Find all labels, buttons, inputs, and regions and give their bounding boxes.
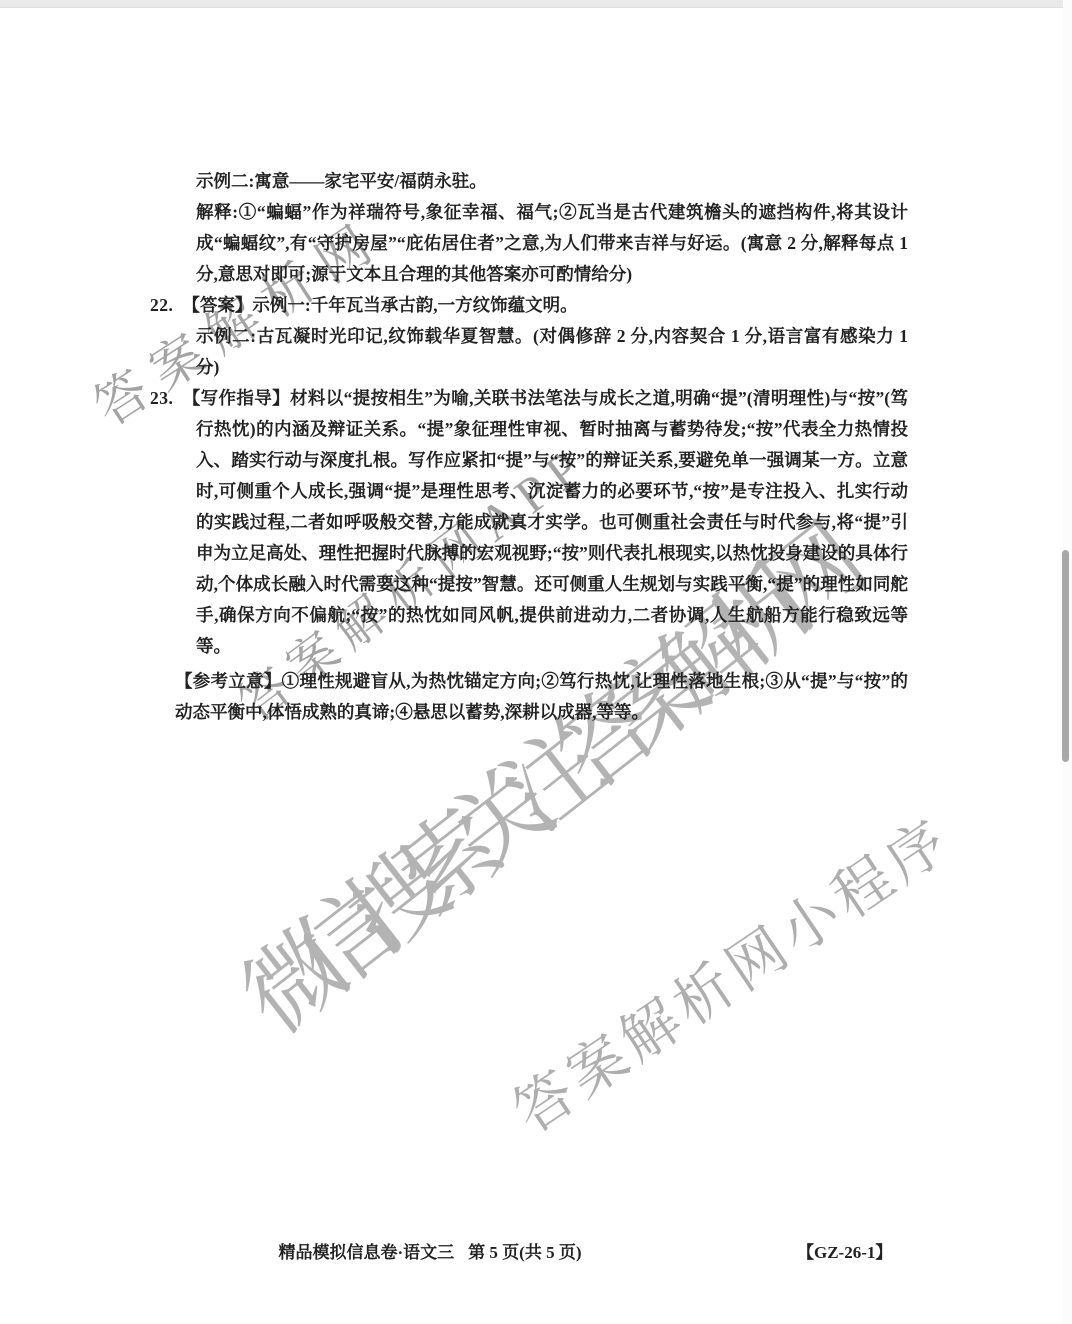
exam-answer-page: 答案解析网 答案解析网APP 微信搜索关注答案解析网 答案解析网小程序 示例二:… bbox=[0, 0, 1072, 1324]
scrollbar-thumb[interactable] bbox=[1062, 550, 1069, 762]
top-bar bbox=[0, 0, 1072, 8]
question-23-guide-text: 【写作指导】材料以“提按相生”为喻,关联书法笔法与成长之道,明确“提”(清明理性… bbox=[182, 388, 908, 656]
reference-ideas-paragraph: 【参考立意】①理性规避盲从,为热忱锚定方向;②笃行热忱,让理性落地生根;③从“提… bbox=[175, 666, 908, 728]
question-23-writing-guide: 23.【写作指导】材料以“提按相生”为喻,关联书法笔法与成长之道,明确“提”(清… bbox=[150, 383, 908, 662]
question-22-answer: 22.【答案】示例一:千年瓦当承古韵,一方纹饰蕴文明。 bbox=[150, 290, 908, 321]
footer-paper-title: 精品模拟信息卷·语文三 bbox=[279, 1243, 455, 1262]
question-22-answer-line2: 示例二:古瓦凝时光印记,纹饰载华夏智慧。(对偶修辞 2 分,内容契合 1 分,语… bbox=[196, 321, 908, 383]
question-22-answer-text: 【答案】示例一:千年瓦当承古韵,一方纹饰蕴文明。 bbox=[182, 295, 577, 315]
footer-page-number: 第 5 页(共 5 页) bbox=[468, 1243, 581, 1262]
question-number: 23. bbox=[150, 388, 173, 408]
footer-paper-code: 【GZ-26-1】 bbox=[797, 1241, 892, 1265]
question-number: 22. bbox=[150, 295, 173, 315]
answer-key-text: 示例二:寓意——家宅平安/福荫永驻。 解释:①“蝙蝠”作为祥瑞符号,象征幸福、福… bbox=[150, 166, 908, 728]
page-footer: 精品模拟信息卷·语文三第 5 页(共 5 页) bbox=[150, 1241, 710, 1265]
answer-explanation-paragraph: 解释:①“蝙蝠”作为祥瑞符号,象征幸福、福气;②瓦当是古代建筑檐头的遮挡构件,将… bbox=[196, 197, 908, 290]
answer-line-example2: 示例二:寓意——家宅平安/福荫永驻。 bbox=[196, 166, 908, 197]
watermark-mini-program: 答案解析网小程序 bbox=[505, 809, 962, 1143]
